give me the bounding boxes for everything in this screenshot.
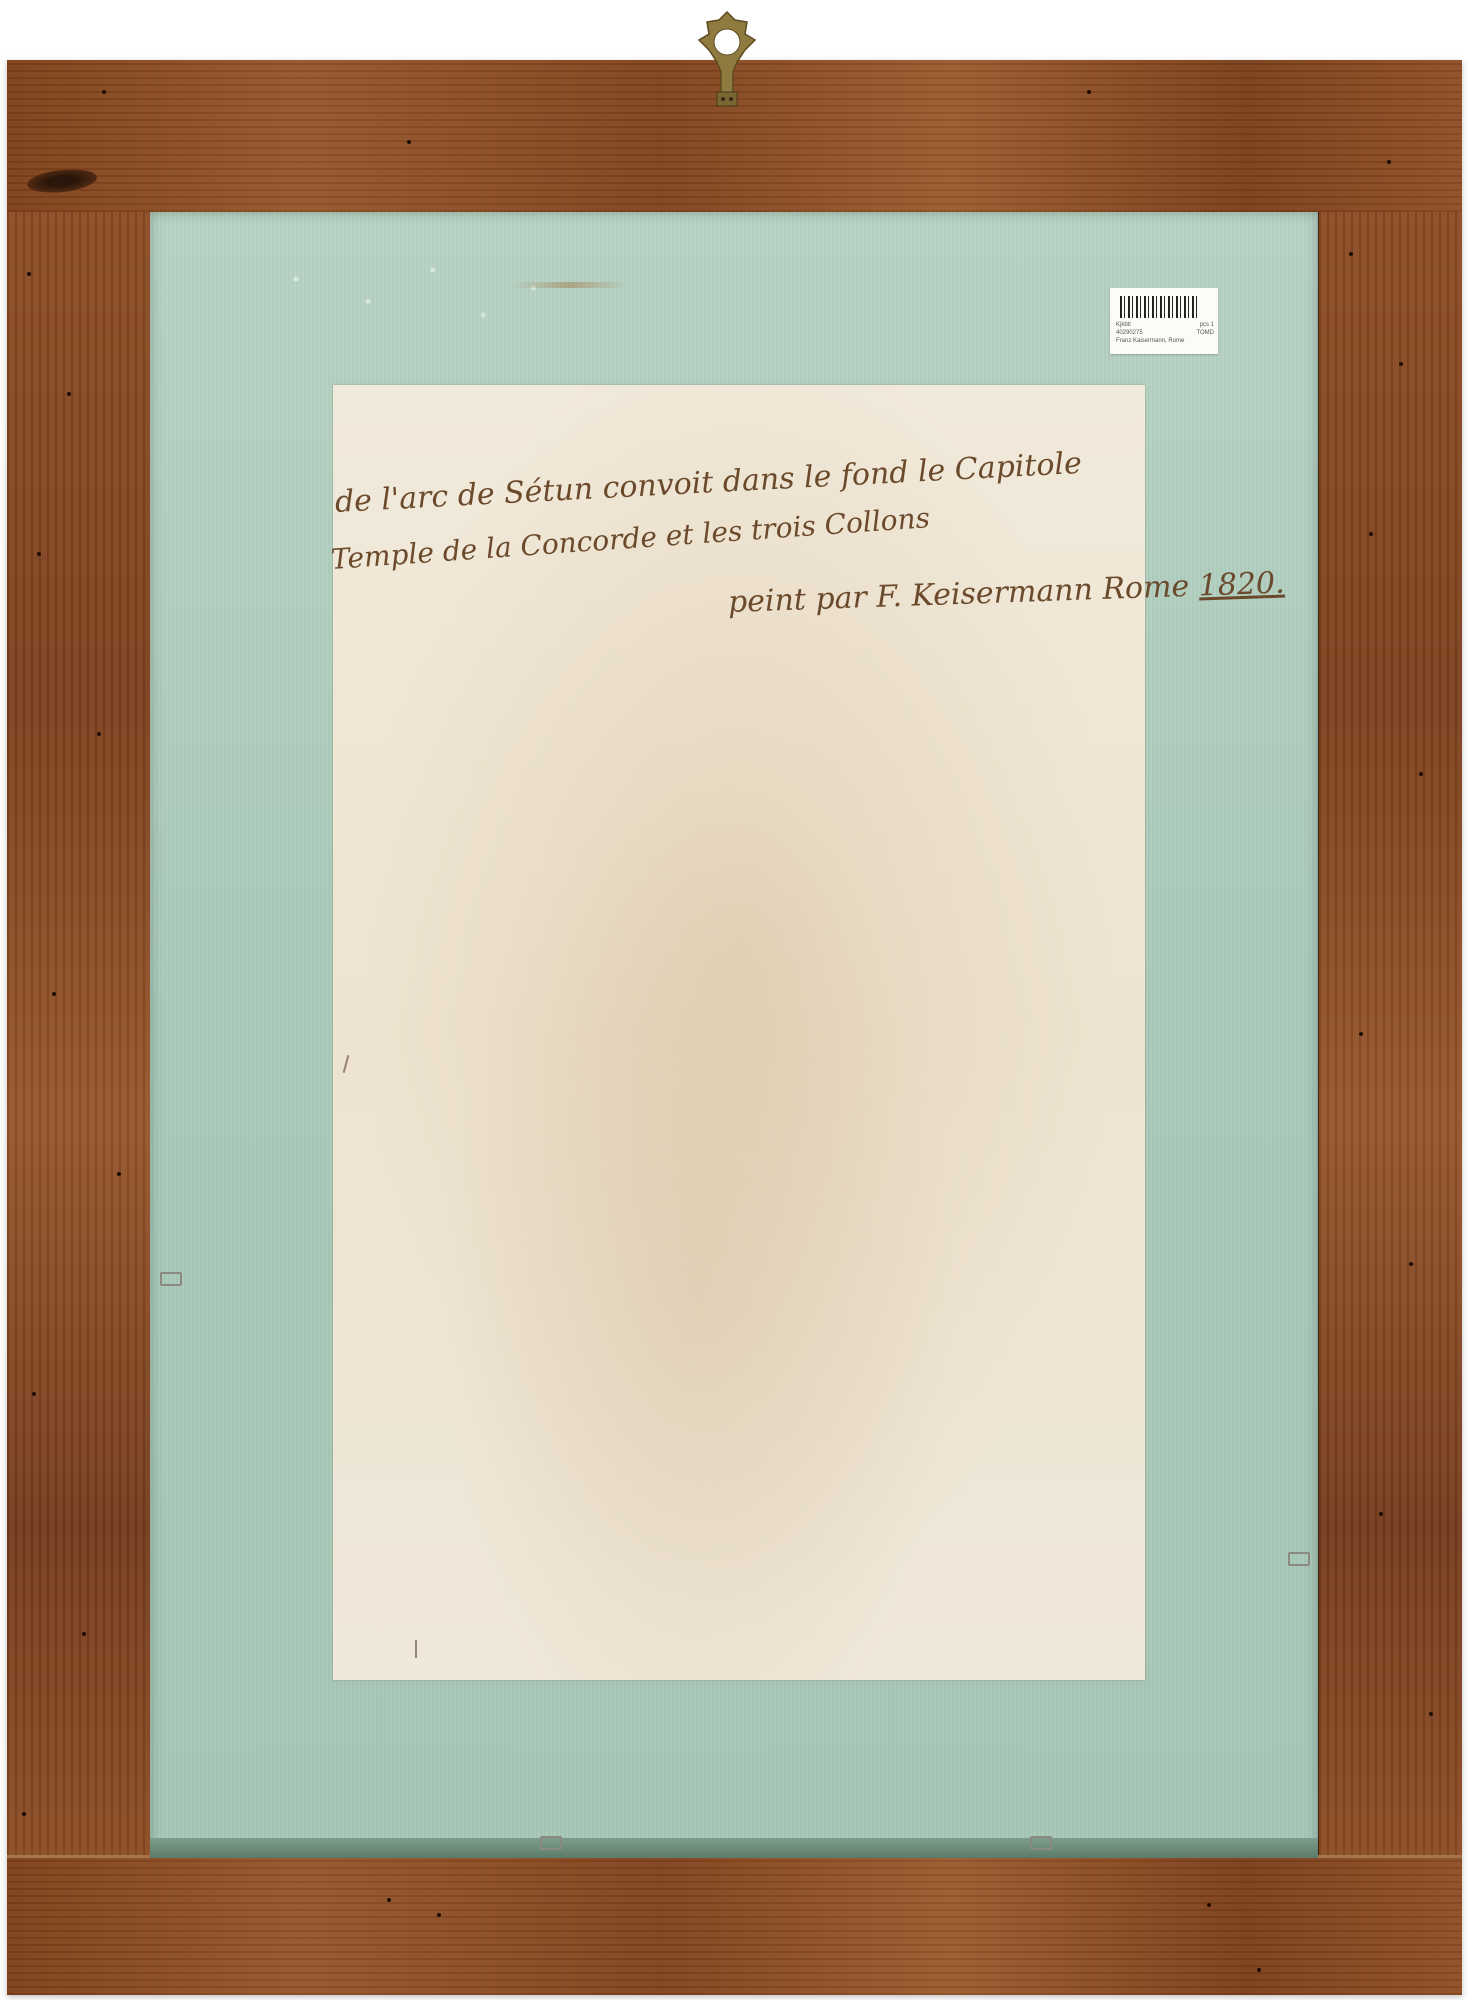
pencil-mark bbox=[415, 1640, 417, 1658]
wormhole bbox=[1387, 160, 1391, 164]
wormhole bbox=[1257, 1968, 1261, 1972]
wormhole bbox=[22, 1812, 26, 1816]
inscription-line-1: de l'arc de Sétun convoit dans le fond l… bbox=[334, 446, 1083, 520]
wormhole bbox=[67, 392, 71, 396]
wormhole bbox=[82, 1632, 86, 1636]
wormhole bbox=[1087, 90, 1091, 94]
wormhole bbox=[32, 1392, 36, 1396]
label-dept: TOMD bbox=[1196, 330, 1214, 337]
wormhole bbox=[1359, 1032, 1363, 1036]
wormhole bbox=[52, 992, 56, 996]
pencil-mark bbox=[343, 1055, 350, 1073]
wormhole bbox=[1429, 1712, 1433, 1716]
frame-bottom-rail bbox=[7, 1855, 1462, 1995]
rust-stain bbox=[510, 282, 630, 288]
wormhole bbox=[1409, 1262, 1413, 1266]
embossed-marks bbox=[260, 252, 620, 342]
retaining-clip-icon bbox=[160, 1272, 182, 1286]
label-code: Kjkbtl bbox=[1116, 322, 1131, 329]
frame-left-stile bbox=[7, 212, 153, 1858]
retaining-clip-icon bbox=[1288, 1552, 1310, 1566]
retaining-clip-icon bbox=[1030, 1836, 1052, 1850]
wormhole bbox=[437, 1913, 441, 1917]
paper-sheet: de l'arc de Sétun convoit dans le fond l… bbox=[333, 385, 1145, 1680]
barcode-icon bbox=[1120, 296, 1200, 318]
wood-knot bbox=[26, 166, 98, 195]
mat-bottom-edge bbox=[150, 1838, 1318, 1858]
wormhole bbox=[1399, 362, 1403, 366]
label-row: Franz Kaisermann, Rome bbox=[1116, 338, 1214, 345]
label-row: 40290275 TOMD bbox=[1116, 330, 1214, 337]
brass-hanger-icon bbox=[687, 10, 767, 120]
wormhole bbox=[27, 272, 31, 276]
wormhole bbox=[97, 732, 101, 736]
wormhole bbox=[1379, 1512, 1383, 1516]
wormhole bbox=[1349, 252, 1353, 256]
wormhole bbox=[102, 90, 106, 94]
label-row: Kjkbtl pcs 1 bbox=[1116, 322, 1214, 329]
wormhole bbox=[37, 552, 41, 556]
wormhole bbox=[1369, 532, 1373, 536]
wormhole bbox=[407, 140, 411, 144]
label-pieces: pcs 1 bbox=[1200, 322, 1214, 329]
retaining-clip-icon bbox=[540, 1836, 562, 1850]
label-artist: Franz Kaisermann, Rome bbox=[1116, 338, 1184, 345]
frame-right-stile bbox=[1316, 212, 1462, 1858]
label-number: 40290275 bbox=[1116, 330, 1143, 337]
wormhole bbox=[1419, 772, 1423, 776]
wormhole bbox=[1207, 1903, 1211, 1907]
signature-date: 1820. bbox=[1198, 566, 1285, 604]
inventory-label: Kjkbtl pcs 1 40290275 TOMD Franz Kaiserm… bbox=[1110, 288, 1218, 354]
wormhole bbox=[387, 1898, 391, 1902]
wormhole bbox=[117, 1172, 121, 1176]
signature-text: peint par F. Keisermann Rome bbox=[727, 569, 1189, 620]
